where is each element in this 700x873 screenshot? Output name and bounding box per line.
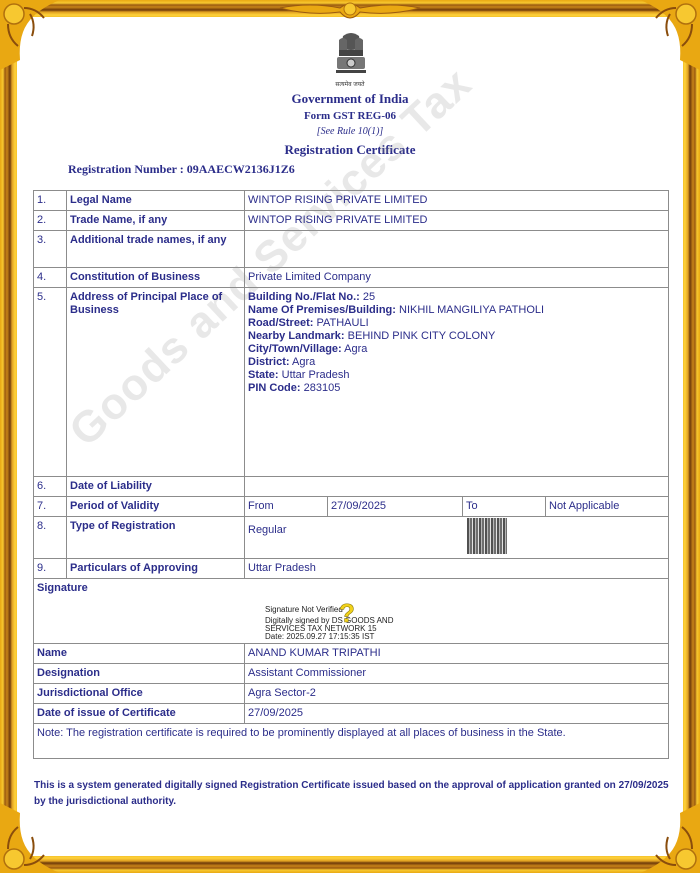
address-key: Road/Street: bbox=[248, 317, 313, 329]
table-row: Name ANAND KUMAR TRIPATHI bbox=[34, 644, 669, 664]
display-note: Note: The registration certificate is re… bbox=[34, 724, 669, 759]
row-label: Particulars of Approving bbox=[67, 559, 245, 579]
system-generated-note: This is a system generated digitally sig… bbox=[34, 778, 674, 810]
rule-reference: [See Rule 10(1)] bbox=[0, 125, 700, 139]
registration-type-cell: Regular bbox=[245, 517, 669, 559]
ornament-corner-icon bbox=[0, 0, 70, 70]
ornament-corner-icon bbox=[0, 803, 70, 873]
qr-code-icon bbox=[467, 518, 507, 554]
address-val: 283105 bbox=[304, 382, 341, 394]
additional-trade-names-value bbox=[245, 231, 669, 268]
designation-value: Assistant Commissioner bbox=[245, 664, 669, 684]
validity-to-value: Not Applicable bbox=[546, 497, 669, 517]
address-val: Agra bbox=[292, 356, 315, 368]
address-val: BEHIND PINK CITY COLONY bbox=[348, 330, 496, 342]
row-number: 1. bbox=[34, 191, 67, 211]
question-mark-icon: ? bbox=[335, 598, 359, 628]
signature-status: Signature Not Verified bbox=[265, 606, 394, 614]
date-of-liability-value bbox=[245, 477, 669, 497]
row-label: Trade Name, if any bbox=[67, 211, 245, 231]
row-number: 8. bbox=[34, 517, 67, 559]
ornament-corner-icon bbox=[630, 803, 700, 873]
form-title: Form GST REG-06 bbox=[0, 108, 700, 125]
table-row: 9. Particulars of Approving Uttar Prades… bbox=[34, 559, 669, 579]
trade-name-value: WINTOP RISING PRIVATE LIMITED bbox=[245, 211, 669, 231]
government-title: Government of India bbox=[0, 90, 700, 108]
registration-number-value: 09AAECW2136J1Z6 bbox=[187, 162, 295, 176]
officer-label: Designation bbox=[34, 664, 245, 684]
officer-label: Jurisdictional Office bbox=[34, 684, 245, 704]
certificate-title: Registration Certificate bbox=[0, 140, 700, 160]
signature-line: Date: 2025.09.27 17:15:35 IST bbox=[265, 633, 394, 641]
constitution-value: Private Limited Company bbox=[245, 268, 669, 288]
table-row: 2. Trade Name, if any WINTOP RISING PRIV… bbox=[34, 211, 669, 231]
registration-type-value: Regular bbox=[248, 524, 287, 536]
officer-name-value: ANAND KUMAR TRIPATHI bbox=[245, 644, 669, 664]
svg-text:?: ? bbox=[339, 598, 355, 628]
officer-label: Name bbox=[34, 644, 245, 664]
legal-name-value: WINTOP RISING PRIVATE LIMITED bbox=[245, 191, 669, 211]
registration-number-label: Registration Number : bbox=[68, 162, 184, 176]
table-row: 8. Type of Registration Regular bbox=[34, 517, 669, 559]
row-label: Address of Principal Place of Business bbox=[67, 288, 245, 477]
validity-from-date: 27/09/2025 bbox=[328, 497, 463, 517]
digital-signature-info: Signature Not Verified Digitally signed … bbox=[265, 606, 394, 641]
table-row: 7. Period of Validity From 27/09/2025 To… bbox=[34, 497, 669, 517]
emblem-caption: सत्यमेव जयते bbox=[0, 80, 700, 88]
row-label: Date of Liability bbox=[67, 477, 245, 497]
signature-label: Signature bbox=[37, 582, 88, 594]
validity-from-label: From bbox=[245, 497, 328, 517]
table-row: 6. Date of Liability bbox=[34, 477, 669, 497]
row-label: Additional trade names, if any bbox=[67, 231, 245, 268]
ornament-corner-icon bbox=[630, 0, 700, 70]
approving-state-value: Uttar Pradesh bbox=[245, 559, 669, 579]
row-number: 2. bbox=[34, 211, 67, 231]
registration-number: Registration Number : 09AAECW2136J1Z6 bbox=[68, 162, 295, 177]
row-label: Legal Name bbox=[67, 191, 245, 211]
table-row: Designation Assistant Commissioner bbox=[34, 664, 669, 684]
row-number: 7. bbox=[34, 497, 67, 517]
certificate-table: 1. Legal Name WINTOP RISING PRIVATE LIMI… bbox=[33, 190, 669, 759]
address-key: City/Town/Village: bbox=[248, 343, 342, 355]
table-row: 1. Legal Name WINTOP RISING PRIVATE LIMI… bbox=[34, 191, 669, 211]
table-row: 3. Additional trade names, if any bbox=[34, 231, 669, 268]
address-val: 25 bbox=[363, 291, 375, 303]
jurisdictional-office-value: Agra Sector-2 bbox=[245, 684, 669, 704]
row-number: 3. bbox=[34, 231, 67, 268]
address-key: Nearby Landmark: bbox=[248, 330, 345, 342]
ornament-top-center-icon bbox=[270, 0, 430, 24]
row-label: Constitution of Business bbox=[67, 268, 245, 288]
table-row: Date of issue of Certificate 27/09/2025 bbox=[34, 704, 669, 724]
address-key: State: bbox=[248, 369, 279, 381]
table-row: 4. Constitution of Business Private Limi… bbox=[34, 268, 669, 288]
table-row: 5. Address of Principal Place of Busines… bbox=[34, 288, 669, 477]
address-val: Uttar Pradesh bbox=[282, 369, 350, 381]
table-row: Jurisdictional Office Agra Sector-2 bbox=[34, 684, 669, 704]
row-label: Period of Validity bbox=[67, 497, 245, 517]
signature-block: Signature Signature Not Verified Digital… bbox=[37, 582, 665, 640]
address-key: Building No./Flat No.: bbox=[248, 291, 360, 303]
signature-row: Signature Signature Not Verified Digital… bbox=[34, 579, 669, 644]
address-val: NIKHIL MANGILIYA PATHOLI bbox=[399, 304, 544, 316]
frame-border-bottom bbox=[0, 856, 700, 873]
table-row: Note: The registration certificate is re… bbox=[34, 724, 669, 759]
address-val: PATHAULI bbox=[316, 317, 368, 329]
certificate-header: Government of India Form GST REG-06 [See… bbox=[0, 90, 700, 160]
row-number: 9. bbox=[34, 559, 67, 579]
row-label: Type of Registration bbox=[67, 517, 245, 559]
address-key: District: bbox=[248, 356, 290, 368]
address-value: Building No./Flat No.: 25 Name Of Premis… bbox=[245, 288, 669, 477]
address-val: Agra bbox=[344, 343, 367, 355]
row-number: 4. bbox=[34, 268, 67, 288]
validity-to-label: To bbox=[463, 497, 546, 517]
officer-label: Date of issue of Certificate bbox=[34, 704, 245, 724]
row-number: 6. bbox=[34, 477, 67, 497]
row-number: 5. bbox=[34, 288, 67, 477]
address-key: PIN Code: bbox=[248, 382, 301, 394]
address-key: Name Of Premises/Building: bbox=[248, 304, 396, 316]
issue-date-value: 27/09/2025 bbox=[245, 704, 669, 724]
